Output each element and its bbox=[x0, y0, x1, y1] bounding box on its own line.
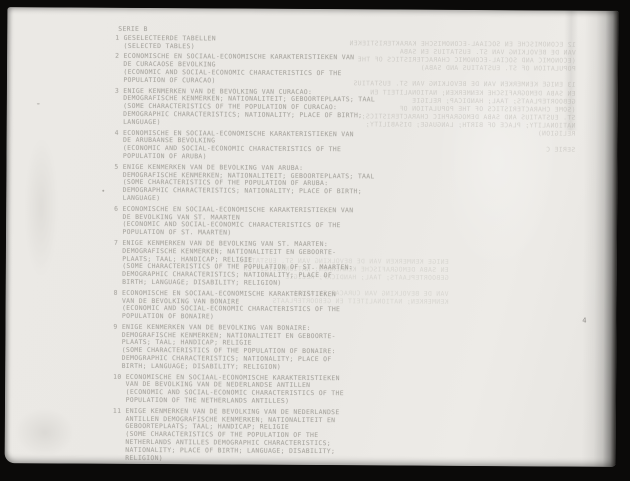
toc-item-6: 6 ECONOMISCHE EN SOCIAAL-ECONOMISCHE KAR… bbox=[114, 206, 484, 239]
toc-item-7: 7 ENIGE KENMERKEN VAN DE BEVOLKING VAN S… bbox=[114, 240, 484, 289]
paper-stain bbox=[24, 137, 59, 277]
paper-stain bbox=[15, 407, 75, 457]
toc-item-11: 11 ENIGE KENMERKEN VAN DE BEVOLKING VAN … bbox=[113, 408, 483, 465]
toc-item-5: 5 ENIGE KENMERKEN VAN DE BEVOLKING VAN A… bbox=[114, 164, 484, 205]
table-of-contents: SERIE B 1 GESELECTEERDE TABELLEN (SELECT… bbox=[113, 26, 486, 468]
toc-item-8: 8 ECONOMISCHE EN SOCIAAL-ECONOMISCHE KAR… bbox=[113, 289, 483, 322]
paper-speck bbox=[102, 190, 104, 192]
toc-item-9: 9 ENIGE KENMERKEN VAN DE BEVOLKING VAN B… bbox=[113, 324, 483, 373]
paper-speck bbox=[37, 103, 40, 104]
toc-item-4: 4 ECONOMISCHE EN SOCIAAL-ECONOMISCHE KAR… bbox=[114, 129, 484, 162]
toc-item-10: 10 ECONOMISCHE EN SOCIAAL-ECONOMISCHE KA… bbox=[113, 373, 483, 406]
page-crease bbox=[564, 11, 579, 131]
toc-item-3: 3 ENIGE KENMERKEN VAN DE BEVOLKING VAN C… bbox=[115, 87, 485, 128]
scanned-book-photo: 12 ECONOMISCHE EN SOCIAAL-ECONOMISCHE KA… bbox=[0, 0, 630, 481]
toc-item-1: 1 GESELECTEERDE TABELLEN (SELECTED TABLE… bbox=[115, 35, 485, 53]
book-page: 12 ECONOMISCHE EN SOCIAAL-ECONOMISCHE KA… bbox=[5, 7, 619, 467]
page-edge-shadow bbox=[582, 11, 619, 467]
toc-item-2: 2 ECONOMISCHE EN SOCIAAL-ECONOMISCHE KAR… bbox=[115, 53, 485, 86]
